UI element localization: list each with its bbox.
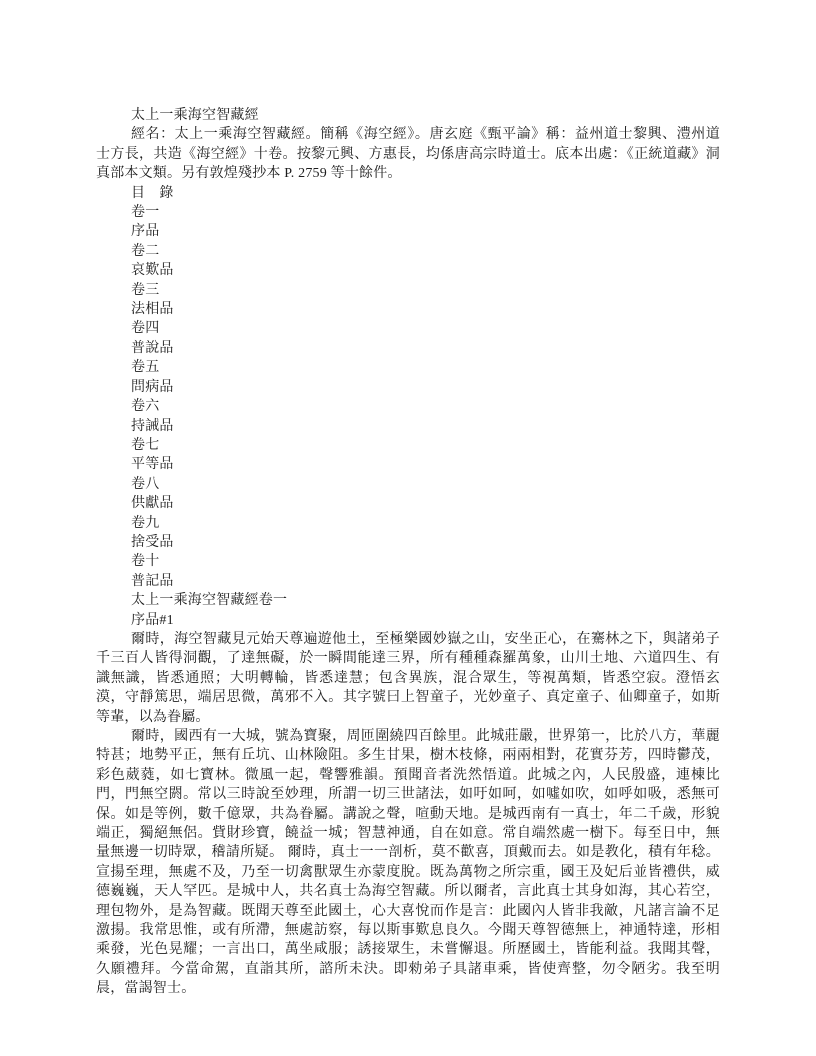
colophon-paragraph: 經名：太上一乘海空智藏經。簡稱《海空經》。唐玄庭《甄平論》稱：益州道士黎興、澧州… xyxy=(96,125,720,183)
toc-heading: 目 錄 xyxy=(96,184,720,203)
toc-item: 卷七 xyxy=(96,436,720,455)
document-title: 太上一乘海空智藏經 xyxy=(96,106,720,125)
toc-item: 平等品 xyxy=(96,455,720,474)
body-paragraph: 爾時，國西有一大城，號為寶聚，周匝圍繞四百餘里。此城莊嚴，世界第一，比於八方，華… xyxy=(96,727,720,999)
text-block: 太上一乘海空智藏經 經名：太上一乘海空智藏經。簡稱《海空經》。唐玄庭《甄平論》稱… xyxy=(96,106,720,999)
document-page: 太上一乘海空智藏經 經名：太上一乘海空智藏經。簡稱《海空經》。唐玄庭《甄平論》稱… xyxy=(0,0,816,1056)
toc-item: 持誡品 xyxy=(96,417,720,436)
toc-item: 卷九 xyxy=(96,514,720,533)
section-title: 序品#1 xyxy=(96,611,720,630)
toc-item: 卷四 xyxy=(96,319,720,338)
toc-item: 問病品 xyxy=(96,378,720,397)
toc-item: 卷六 xyxy=(96,397,720,416)
toc-list: 卷一 序品 卷二 哀歎品 卷三 法相品 卷四 普說品 卷五 問病品 卷六 持誡品… xyxy=(96,203,720,591)
toc-item: 卷五 xyxy=(96,358,720,377)
toc-item: 法相品 xyxy=(96,300,720,319)
body-paragraph: 爾時，海空智藏見元始天尊遍遊他土，至極樂國妙嶽之山，安坐正心，在騫林之下，與諸弟… xyxy=(96,630,720,727)
toc-item: 卷十 xyxy=(96,552,720,571)
toc-item: 普記品 xyxy=(96,572,720,591)
toc-item: 供獻品 xyxy=(96,494,720,513)
toc-item: 卷二 xyxy=(96,242,720,261)
toc-item: 卷一 xyxy=(96,203,720,222)
chapter-title: 太上一乘海空智藏經卷一 xyxy=(96,591,720,610)
toc-item: 卷八 xyxy=(96,475,720,494)
toc-item: 序品 xyxy=(96,222,720,241)
toc-item: 捨受品 xyxy=(96,533,720,552)
toc-item: 哀歎品 xyxy=(96,261,720,280)
toc-item: 普說品 xyxy=(96,339,720,358)
toc-item: 卷三 xyxy=(96,281,720,300)
